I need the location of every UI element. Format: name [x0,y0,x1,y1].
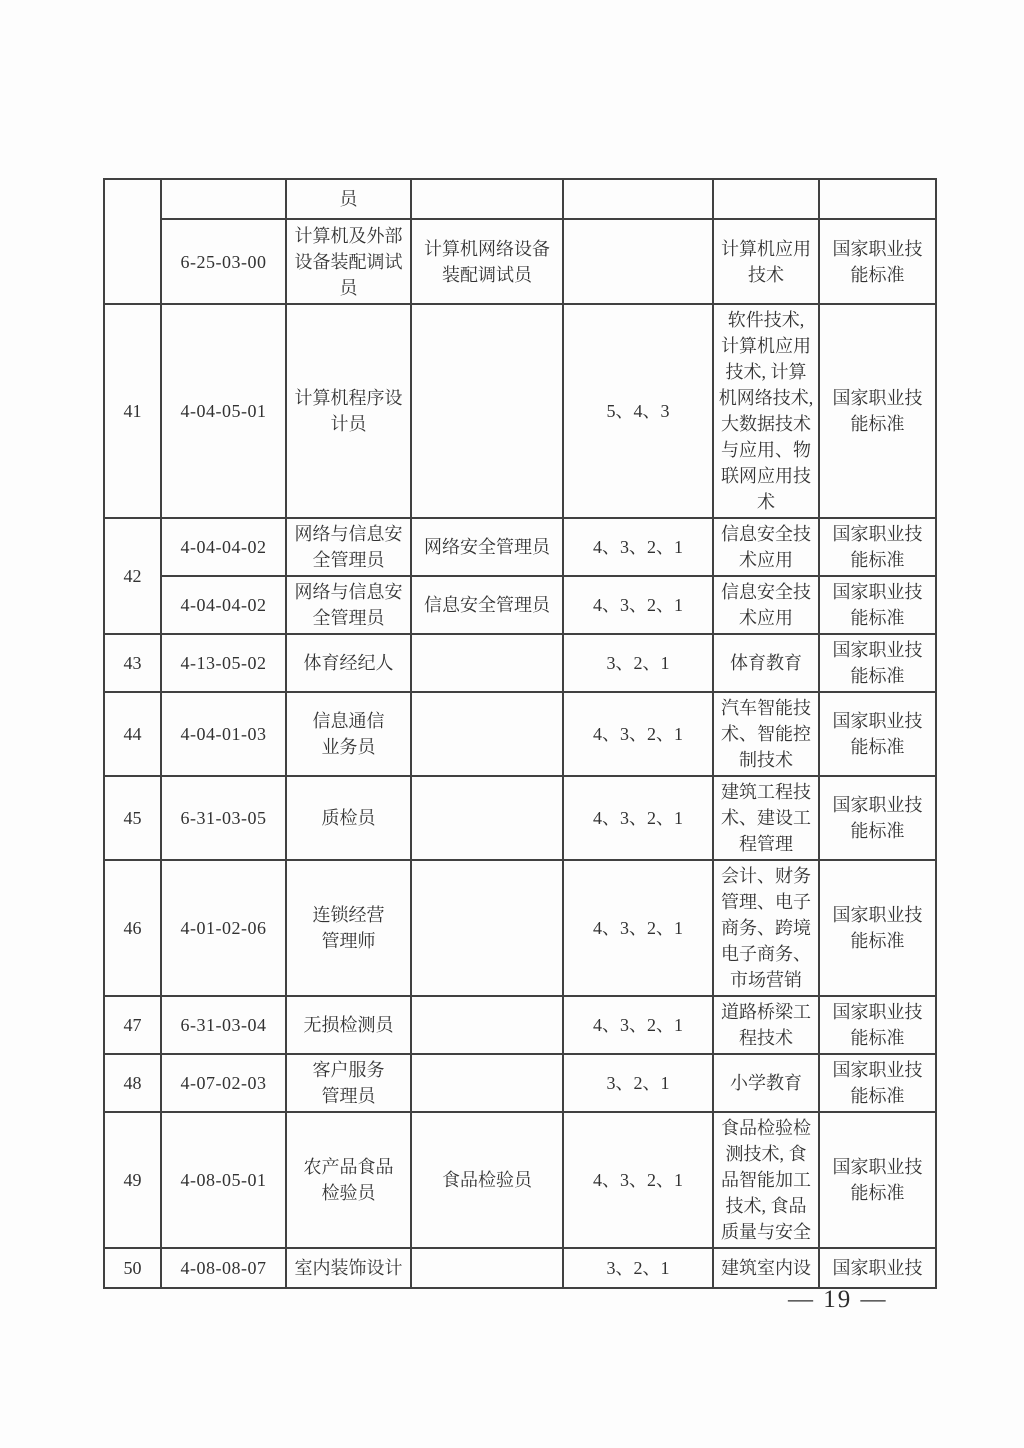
cell-alternate-name: 食品检验员 [411,1112,563,1248]
cell-occupation-name: 质检员 [286,776,411,860]
cell-row-number: 41 [104,304,161,518]
cell-occupation-name: 连锁经营 管理师 [286,860,411,996]
cell-alternate-name [411,634,563,692]
cell-standard-type: 国家职业技能标准 [819,996,936,1054]
cell-standard-type: 国家职业技能标准 [819,219,936,304]
cell-standard-type: 国家职业技能标准 [819,576,936,634]
cell-related-majors: 汽车智能技术、智能控制技术 [713,692,819,776]
cell-related-majors: 计算机应用技术 [713,219,819,304]
cell-standard-type: 国家职业技能标准 [819,692,936,776]
cell-related-majors [713,179,819,219]
table-row: 41 4-04-05-01 计算机程序设 计员 5、4、3 软件技术, 计算机应… [104,304,936,518]
cell-standard-type: 国家职业技能标准 [819,518,936,576]
cell-occupation-code: 6-31-03-04 [161,996,286,1054]
cell-standard-type: 国家职业技 [819,1248,936,1288]
cell-standard-type: 国家职业技能标准 [819,1112,936,1248]
cell-related-majors: 食品检验检测技术, 食品智能加工技术, 食品质量与安全 [713,1112,819,1248]
cell-related-majors: 道路桥梁工程技术 [713,996,819,1054]
table-row: 43 4-13-05-02 体育经纪人 3、2、1 体育教育 国家职业技能标准 [104,634,936,692]
cell-occupation-name: 计算机及外部 设备装配调试 员 [286,219,411,304]
cell-skill-levels: 4、3、2、1 [563,692,713,776]
cell-standard-type [819,179,936,219]
cell-alternate-name [411,1248,563,1288]
cell-occupation-code: 4-07-02-03 [161,1054,286,1112]
table-row: 50 4-08-08-07 室内装饰设计 3、2、1 建筑室内设 国家职业技 [104,1248,936,1288]
cell-skill-levels: 4、3、2、1 [563,776,713,860]
cell-row-number: 45 [104,776,161,860]
cell-standard-type: 国家职业技能标准 [819,634,936,692]
table-row: 员 [104,179,936,219]
cell-row-number: 42 [104,518,161,634]
table-row: 4-04-04-02 网络与信息安 全管理员 信息安全管理员 4、3、2、1 信… [104,576,936,634]
cell-skill-levels [563,179,713,219]
cell-occupation-name: 农产品食品 检验员 [286,1112,411,1248]
cell-skill-levels: 4、3、2、1 [563,1112,713,1248]
cell-related-majors: 小学教育 [713,1054,819,1112]
cell-row-number [104,179,161,304]
cell-related-majors: 会计、财务管理、电子商务、跨境电子商务、市场营销 [713,860,819,996]
cell-occupation-name: 员 [286,179,411,219]
cell-skill-levels: 4、3、2、1 [563,860,713,996]
table-row: 47 6-31-03-04 无损检测员 4、3、2、1 道路桥梁工程技术 国家职… [104,996,936,1054]
cell-related-majors: 信息安全技术应用 [713,518,819,576]
cell-alternate-name [411,776,563,860]
document-page: 员 6-25-03-00 计算机及外部 设备装配调试 员 计算机网络设备 装配调… [0,0,1024,1448]
cell-occupation-name: 网络与信息安 全管理员 [286,518,411,576]
cell-related-majors: 建筑室内设 [713,1248,819,1288]
cell-occupation-name: 室内装饰设计 [286,1248,411,1288]
cell-skill-levels: 3、2、1 [563,1054,713,1112]
cell-related-majors: 建筑工程技术、建设工程管理 [713,776,819,860]
cell-alternate-name: 信息安全管理员 [411,576,563,634]
cell-skill-levels: 4、3、2、1 [563,576,713,634]
cell-occupation-code: 6-25-03-00 [161,219,286,304]
cell-related-majors: 信息安全技术应用 [713,576,819,634]
cell-occupation-code: 4-01-02-06 [161,860,286,996]
cell-occupation-code: 4-08-05-01 [161,1112,286,1248]
cell-row-number: 50 [104,1248,161,1288]
cell-alternate-name: 计算机网络设备 装配调试员 [411,219,563,304]
cell-occupation-code: 4-04-05-01 [161,304,286,518]
cell-occupation-code: 4-08-08-07 [161,1248,286,1288]
cell-related-majors: 软件技术, 计算机应用技术, 计算机网络技术, 大数据技术与应用、物联网应用技术 [713,304,819,518]
table-row: 46 4-01-02-06 连锁经营 管理师 4、3、2、1 会计、财务管理、电… [104,860,936,996]
occupation-table: 员 6-25-03-00 计算机及外部 设备装配调试 员 计算机网络设备 装配调… [103,178,937,1289]
cell-occupation-name: 计算机程序设 计员 [286,304,411,518]
table-row: 45 6-31-03-05 质检员 4、3、2、1 建筑工程技术、建设工程管理 … [104,776,936,860]
cell-skill-levels: 4、3、2、1 [563,518,713,576]
page-number: — 19 — [788,1286,888,1314]
cell-alternate-name [411,692,563,776]
cell-skill-levels: 3、2、1 [563,1248,713,1288]
cell-standard-type: 国家职业技能标准 [819,1054,936,1112]
cell-skill-levels: 4、3、2、1 [563,996,713,1054]
cell-related-majors: 体育教育 [713,634,819,692]
cell-occupation-name: 体育经纪人 [286,634,411,692]
cell-occupation-name: 无损检测员 [286,996,411,1054]
cell-standard-type: 国家职业技能标准 [819,776,936,860]
table-row: 49 4-08-05-01 农产品食品 检验员 食品检验员 4、3、2、1 食品… [104,1112,936,1248]
cell-row-number: 49 [104,1112,161,1248]
cell-skill-levels [563,219,713,304]
table-row: 44 4-04-01-03 信息通信 业务员 4、3、2、1 汽车智能技术、智能… [104,692,936,776]
cell-occupation-code: 6-31-03-05 [161,776,286,860]
cell-row-number: 46 [104,860,161,996]
cell-row-number: 43 [104,634,161,692]
cell-occupation-code: 4-04-04-02 [161,576,286,634]
cell-occupation-name: 信息通信 业务员 [286,692,411,776]
cell-alternate-name [411,304,563,518]
cell-alternate-name [411,1054,563,1112]
cell-standard-type: 国家职业技能标准 [819,304,936,518]
cell-occupation-code: 4-13-05-02 [161,634,286,692]
cell-skill-levels: 3、2、1 [563,634,713,692]
cell-occupation-code: 4-04-01-03 [161,692,286,776]
cell-alternate-name [411,179,563,219]
table-row: 6-25-03-00 计算机及外部 设备装配调试 员 计算机网络设备 装配调试员… [104,219,936,304]
cell-occupation-name: 客户服务 管理员 [286,1054,411,1112]
cell-alternate-name [411,996,563,1054]
cell-alternate-name: 网络安全管理员 [411,518,563,576]
cell-standard-type: 国家职业技能标准 [819,860,936,996]
cell-occupation-name: 网络与信息安 全管理员 [286,576,411,634]
cell-occupation-code [161,179,286,219]
table-row: 48 4-07-02-03 客户服务 管理员 3、2、1 小学教育 国家职业技能… [104,1054,936,1112]
table-row: 42 4-04-04-02 网络与信息安 全管理员 网络安全管理员 4、3、2、… [104,518,936,576]
cell-skill-levels: 5、4、3 [563,304,713,518]
cell-alternate-name [411,860,563,996]
cell-row-number: 48 [104,1054,161,1112]
cell-row-number: 47 [104,996,161,1054]
cell-occupation-code: 4-04-04-02 [161,518,286,576]
cell-row-number: 44 [104,692,161,776]
